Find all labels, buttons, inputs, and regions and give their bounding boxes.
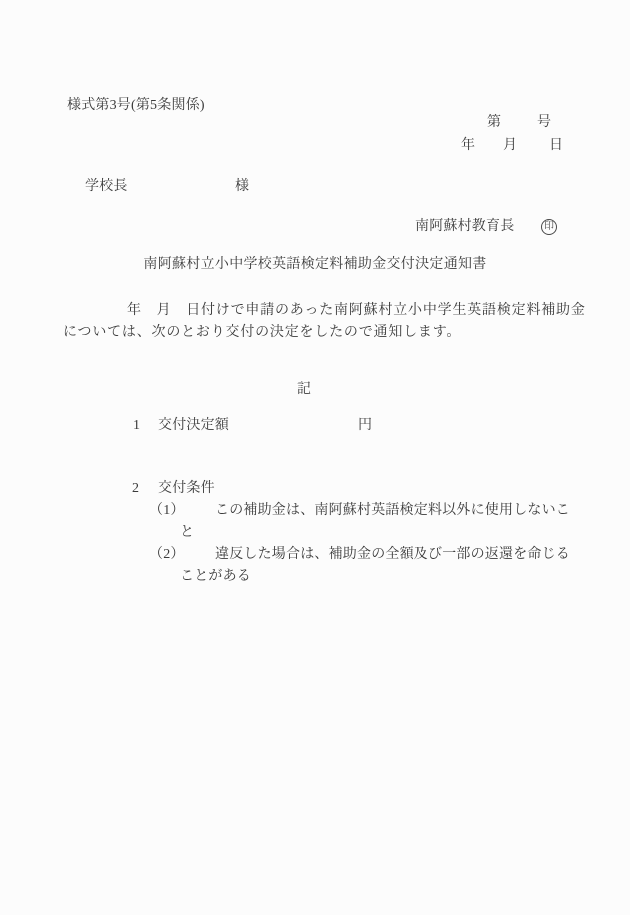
record-marker: 記 <box>297 383 311 397</box>
item-1-label: 交付決定額 <box>158 419 229 433</box>
date-month-label: 月 <box>503 139 517 153</box>
form-number: 様式第3号(第5条関係) <box>67 99 205 113</box>
item-1-amount-unit: 円 <box>358 419 372 433</box>
item-2-number: 2 <box>132 482 139 496</box>
condition-1-text-line-1: この補助金は、南阿蘇村英語検定料以外に使用しないこ <box>215 504 570 518</box>
body-paragraph-line-1: 年 月 日付けで申請のあった南阿蘇村立小中学生英語検定料補助金 <box>127 304 586 318</box>
addressee-title: 学校長 <box>85 180 128 194</box>
condition-2-marker: （2） <box>149 548 185 562</box>
condition-2-text-line-1: 違反した場合は、補助金の全額及び一部の返還を命じる <box>215 548 570 562</box>
condition-1-text-line-2: と <box>180 526 194 540</box>
addressee-honorific: 様 <box>235 180 249 194</box>
condition-2-text-line-2: ことがある <box>180 570 251 584</box>
document-title: 南阿蘇村立小中学校英語検定料補助金交付決定通知書 <box>0 258 630 272</box>
date-day-label: 日 <box>549 139 563 153</box>
sender-name: 南阿蘇村教育長 <box>415 220 514 234</box>
date-year-label: 年 <box>461 139 475 153</box>
body-paragraph-line-2: については、次のとおり交付の決定をしたので通知します。 <box>63 326 461 340</box>
doc-number-suffix: 号 <box>537 116 551 130</box>
seal-mark-icon: 印 <box>541 219 557 235</box>
document-page: 様式第3号(第5条関係) 第 号 年 月 日 学校長 様 南阿蘇村教育長 印 南… <box>0 0 630 915</box>
item-2-label: 交付条件 <box>158 482 215 496</box>
doc-number-prefix: 第 <box>487 116 501 130</box>
condition-1-marker: （1） <box>149 504 185 518</box>
item-1-number: 1 <box>133 419 140 433</box>
